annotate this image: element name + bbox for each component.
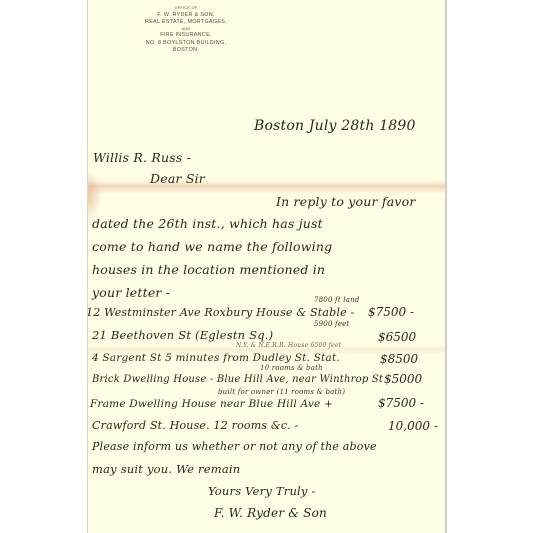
letterhead-insurance: FIRE INSURANCE,	[96, 32, 276, 40]
listing-price: $5000	[384, 372, 422, 386]
closing-line-2: may suit you. We remain	[92, 462, 240, 476]
body-line-1: In reply to your favor	[276, 194, 416, 209]
recipient: Willis R. Russ -	[93, 150, 191, 165]
listing-price: $7500 -	[368, 305, 414, 319]
body-line-5: your letter -	[92, 285, 170, 300]
listing-description: 21 Beethoven St (Eglestn Sq.)	[92, 328, 273, 342]
letterhead-business: REAL ESTATE, MORTGAGES,	[96, 19, 276, 27]
listing-annotation: built for owner (11 rooms & bath)	[218, 388, 345, 396]
edge-stain	[88, 170, 102, 220]
dateline: Boston July 28th 1890	[254, 118, 416, 134]
scan-background: OFFICE OF F. W. RYDER & SON, REAL ESTATE…	[0, 0, 533, 533]
body-line-2: dated the 26th inst., which has just	[92, 216, 323, 231]
letterhead-firm-name: F. W. RYDER & SON,	[96, 12, 276, 20]
listing-annotation: 5900 feet	[314, 320, 350, 328]
salutation: Dear Sir	[150, 171, 205, 186]
listing-annotation: 10 rooms & bath	[260, 364, 323, 372]
fold-stain	[88, 180, 445, 194]
letterhead-city: BOSTON.	[96, 47, 276, 55]
listing-description: Brick Dwelling House - Blue Hill Ave, ne…	[92, 374, 390, 385]
listing-price: $7500 -	[378, 396, 424, 410]
listing-description: Crawford St. House. 12 rooms &c. -	[92, 419, 299, 432]
letterhead-address: NO. 8 BOYLSTON BUILDING,	[96, 40, 276, 48]
listing-annotation: N.Y. & N.E.R.R. House 6500 feet	[236, 342, 341, 349]
closing-line-1: Please inform us whether or not any of t…	[92, 440, 377, 453]
listing-price: $6500	[378, 330, 416, 344]
letterhead: OFFICE OF F. W. RYDER & SON, REAL ESTATE…	[96, 6, 276, 55]
listing-price: 10,000 -	[388, 419, 438, 433]
body-line-3: come to hand we name the following	[92, 239, 332, 254]
listing-annotation: 7800 ft land	[314, 296, 359, 304]
listing-description: Frame Dwelling House near Blue Hill Ave …	[90, 398, 333, 410]
signature: F. W. Ryder & Son	[214, 506, 327, 520]
letter-page: OFFICE OF F. W. RYDER & SON, REAL ESTATE…	[87, 0, 447, 533]
valediction: Yours Very Truly -	[208, 484, 316, 498]
listing-price: $8500	[380, 352, 418, 366]
body-line-4: houses in the location mentioned in	[92, 262, 325, 277]
listing-description: 4 Sargent St 5 minutes from Dudley St. S…	[92, 352, 340, 364]
listing-description: 12 Westminster Ave Roxbury House & Stabl…	[87, 306, 354, 319]
